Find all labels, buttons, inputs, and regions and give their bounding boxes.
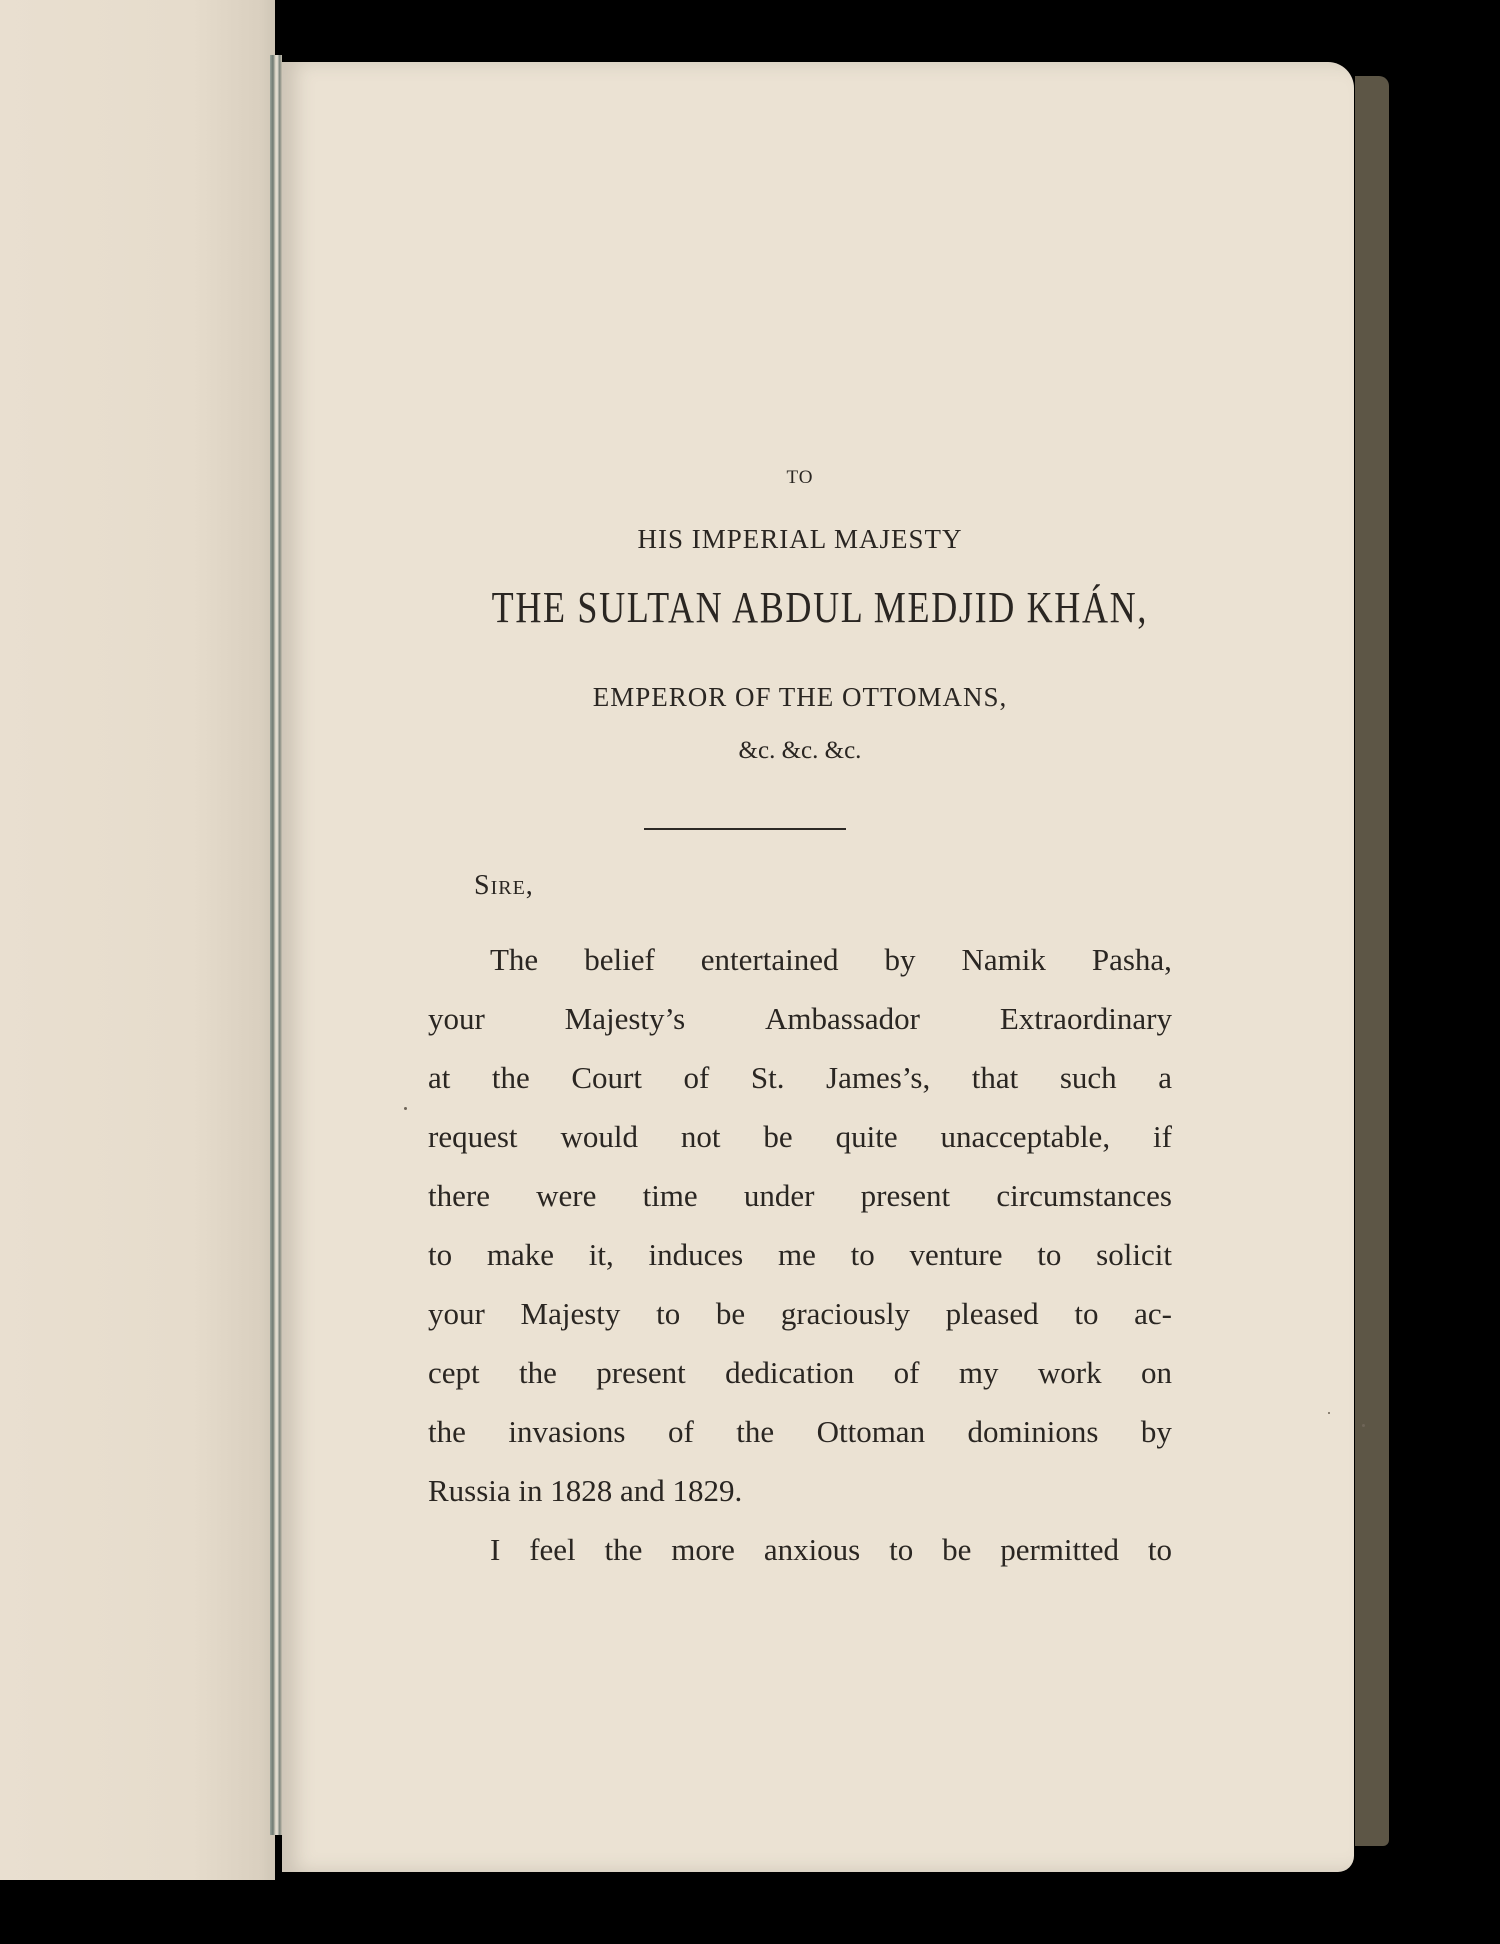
dedication-etc: &c. &c. &c. [428,737,1172,765]
word: Ambassador [765,989,920,1048]
dedication-name: THE SULTAN ABDUL MEDJID KHÁN, [492,582,1109,633]
text-line: requestwouldnotbequiteunacceptable,if [428,1107,1172,1166]
word: of [668,1402,694,1461]
word: to [1037,1225,1061,1284]
text-line: Russia in 1828 and 1829. [428,1461,1172,1520]
word: the [428,1402,466,1461]
word: be [942,1520,971,1579]
word: dominions [968,1402,1099,1461]
word: more [671,1520,735,1579]
dedication-emperor: EMPEROR OF THE OTTOMANS, [428,682,1172,713]
text-line: yourMajesty’sAmbassadorExtraordinary [428,989,1172,1048]
text-line: ceptthepresentdedicationofmyworkon [428,1343,1172,1402]
book-cover-edge [1355,76,1389,1846]
word: unacceptable, [941,1107,1111,1166]
word: to [428,1225,452,1284]
word: The [490,930,538,989]
word: the [605,1520,643,1579]
word: such [1060,1048,1117,1107]
word: invasions [508,1402,625,1461]
paper-speck [1362,1424,1365,1427]
word: induces [649,1225,744,1284]
word: by [884,930,915,989]
word: solicit [1096,1225,1172,1284]
word: of [684,1048,710,1107]
word: my [959,1343,999,1402]
word: your [428,989,485,1048]
word: a [1158,1048,1172,1107]
word: there [428,1166,490,1225]
dedication-page: TO HIS IMPERIAL MAJESTY THE SULTAN ABDUL… [282,62,1354,1872]
text-line: Ifeelthemoreanxioustobepermittedto [428,1520,1172,1579]
word: anxious [764,1520,860,1579]
text-line: attheCourtofSt.James’s,thatsucha [428,1048,1172,1107]
word: St. [751,1048,785,1107]
text-line: ThebeliefentertainedbyNamikPasha, [428,930,1172,989]
word: Extraordinary [1000,989,1172,1048]
word: Namik [961,930,1045,989]
word: feel [529,1520,575,1579]
dedication-title: HIS IMPERIAL MAJESTY [428,524,1172,555]
word: request [428,1107,518,1166]
word: that [972,1048,1019,1107]
text-line: tomakeit,inducesmetoventuretosolicit [428,1225,1172,1284]
paragraph-1: ThebeliefentertainedbyNamikPasha, yourMa… [428,930,1172,1520]
word: circumstances [996,1166,1172,1225]
word: I [490,1520,500,1579]
word: be [763,1107,792,1166]
word: were [536,1166,596,1225]
section-divider [644,828,846,830]
word: make [487,1225,554,1284]
word: entertained [701,930,839,989]
paper-speck [1328,1412,1330,1414]
word: ac- [1134,1284,1172,1343]
word: to [1148,1520,1172,1579]
word: the [492,1048,530,1107]
dedication-to: TO [428,467,1172,489]
word: work [1038,1343,1102,1402]
word: graciously [781,1284,910,1343]
word: Ottoman [817,1402,926,1461]
word: Pasha, [1092,930,1172,989]
word: present [861,1166,951,1225]
word: permitted [1000,1520,1119,1579]
left-facing-page [0,0,275,1880]
word: the [736,1402,774,1461]
word: to [889,1520,913,1579]
word: belief [584,930,655,989]
word: be [716,1284,745,1343]
word: me [778,1225,816,1284]
word: the [519,1343,557,1402]
book-gutter [270,55,282,1835]
salutation: Sire, [474,870,534,902]
text-line: yourMajestytobegraciouslypleasedtoac- [428,1284,1172,1343]
word: by [1141,1402,1172,1461]
word: of [894,1343,920,1402]
paragraph-2: Ifeelthemoreanxioustobepermittedto [428,1520,1172,1579]
word: it, [589,1225,614,1284]
word: if [1153,1107,1172,1166]
word: present [596,1343,686,1402]
word: pleased [946,1284,1039,1343]
word: quite [836,1107,898,1166]
text-line: thereweretimeunderpresentcircumstances [428,1166,1172,1225]
word: dedication [725,1343,854,1402]
paper-speck [404,1107,407,1110]
word: Majesty [521,1284,621,1343]
word: venture [910,1225,1003,1284]
word: would [560,1107,638,1166]
word: not [681,1107,721,1166]
word: your [428,1284,485,1343]
word: Court [571,1048,642,1107]
word: cept [428,1343,480,1402]
word: under [744,1166,815,1225]
word: to [1074,1284,1098,1343]
word: to [851,1225,875,1284]
word: to [656,1284,680,1343]
word: at [428,1048,450,1107]
word: on [1141,1343,1172,1402]
text-line: theinvasionsoftheOttomandominionsby [428,1402,1172,1461]
word: James’s, [826,1048,930,1107]
word: Majesty’s [565,989,686,1048]
word: time [643,1166,698,1225]
